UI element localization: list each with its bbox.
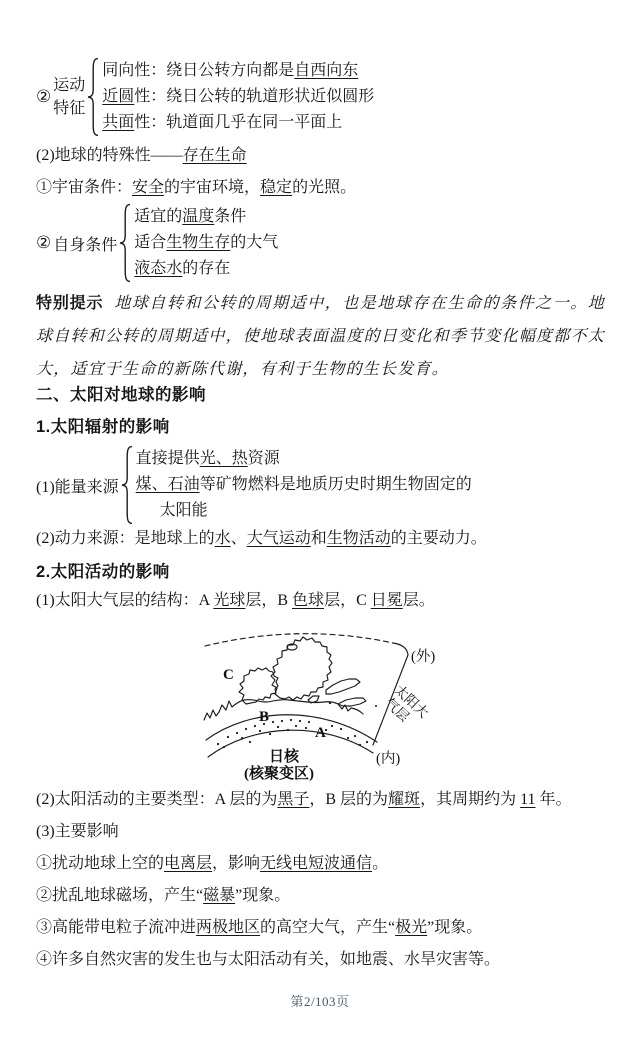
special-tip-paragraph: 特别提示地球自转和公转的周期适中，也是地球存在生命的条件之一。地球自转和公转的周… (36, 287, 605, 386)
layer-a-label: A (315, 725, 326, 741)
brace-icon (121, 445, 133, 525)
energy-source-group: (1)能量来源 直接提供光、热资源 煤、石油等矿物燃料是地质历史时期生物固定的 … (36, 444, 472, 526)
self-condition-items: 适宜的温度条件 适合生物生存的大气 液态水的存在 (134, 204, 278, 282)
self-condition-label: 自身条件 (53, 232, 117, 255)
motion-feature-group: ② 运动 特征 同向性：绕日公转方向都是自西向东 近圆性：绕日公转的轨道形状近似… (36, 56, 374, 138)
solar-core-label: 日核 (269, 747, 300, 765)
outer-boundary-dashed-line (205, 634, 393, 646)
chromosphere-wavy-line (204, 700, 363, 720)
activity-types-line: (2)太阳活动的主要类型：A 层的为黑子，B 层的为耀斑，其周期约为 11 年。 (36, 790, 572, 810)
motion-item-3: 共面性：轨道面几乎在同一平面上 (102, 110, 374, 136)
motion-feature-items: 同向性：绕日公转方向都是自西向东 近圆性：绕日公转的轨道形状近似圆形 共面性：轨… (102, 58, 374, 136)
corona-blobs (239, 637, 377, 707)
motion-item-1: 同向性：绕日公转方向都是自西向东 (102, 58, 374, 84)
self-condition-group: ② 自身条件 适宜的温度条件 适合生物生存的大气 液态水的存在 (36, 202, 278, 284)
circled-2-marker: ② (36, 233, 51, 253)
brace-icon (119, 203, 131, 283)
effect-line-2: ②扰乱地球磁场，产生“磁暴”现象。 (36, 886, 290, 906)
self-item-2: 适合生物生存的大气 (134, 230, 278, 256)
self-item-1: 适宜的温度条件 (134, 204, 278, 230)
energy-item-3: 太阳能 (136, 498, 472, 524)
motion-label-line1: 运动 (53, 74, 85, 97)
brace-icon (87, 57, 99, 137)
fusion-zone-label: (核聚变区) (244, 764, 314, 782)
heading-solar-radiation: 1.太阳辐射的影响 (36, 417, 170, 437)
cosmic-condition-line: ①宇宙条件：安全的宇宙环境，稳定的光照。 (36, 178, 356, 198)
heading-solar-activity: 2.太阳活动的影响 (36, 562, 170, 582)
energy-item-1: 直接提供光、热资源 (136, 446, 472, 472)
energy-item-2: 煤、石油等矿物燃料是地质历史时期生物固定的 (136, 472, 472, 498)
photosphere-dots (217, 719, 368, 748)
special-tip-text: 地球自转和公转的周期适中，也是地球存在生命的条件之一。地球自转和公转的周期适中，… (36, 295, 605, 378)
effect-line-3: ③高能带电粒子流冲进两极地区的高空大气，产生“极光”现象。 (36, 918, 482, 938)
document-page: ② 运动 特征 同向性：绕日公转方向都是自西向东 近圆性：绕日公转的轨道形状近似… (0, 0, 640, 1040)
heading-sun-influence: 二、太阳对地球的影响 (36, 385, 206, 405)
effect-line-1: ①扰动地球上空的电离层，影响无线电短波通信。 (36, 854, 388, 874)
earth-specialness-line: (2)地球的特殊性——存在生命 (36, 146, 247, 166)
motion-feature-label: 运动 特征 (53, 74, 85, 120)
self-item-3: 液态水的存在 (134, 256, 278, 282)
solar-atmosphere-rotated-label: 太阳大 气层 (381, 681, 433, 732)
page-number-indicator: 第2/103页 (0, 991, 640, 1010)
special-tip-label: 特别提示 (36, 295, 103, 312)
effect-line-4: ④许多自然灾害的发生也与太阳活动有关，如地震、水旱灾害等。 (36, 950, 500, 970)
layer-b-label: B (259, 709, 269, 725)
energy-source-label: (1)能量来源 (36, 474, 119, 497)
main-effects-title: (3)主要影响 (36, 822, 119, 842)
solar-atmosphere-figure: C B A 日核 (核聚变区) (外) (内) 太阳大 气层 (180, 616, 460, 794)
inner-marker-label: (内) (376, 750, 400, 767)
outer-marker-label: (外) (411, 648, 435, 665)
motion-item-2: 近圆性：绕日公转的轨道形状近似圆形 (102, 84, 374, 110)
energy-source-items: 直接提供光、热资源 煤、石油等矿物燃料是地质历史时期生物固定的 太阳能 (136, 446, 472, 524)
solar-atmosphere-diagram: C B A 日核 (核聚变区) (外) (内) 太阳大 气层 (180, 616, 460, 794)
atmosphere-structure-line: (1)太阳大气层的结构：A 光球层，B 色球层，C 日冕层。 (36, 591, 435, 611)
power-source-line: (2)动力来源：是地球上的水、大气运动和生物活动的主要动力。 (36, 529, 487, 549)
motion-label-line2: 特征 (53, 97, 85, 120)
photosphere-upper-arc (206, 715, 377, 742)
circled-2-marker: ② (36, 87, 51, 107)
layer-c-label: C (223, 667, 234, 683)
